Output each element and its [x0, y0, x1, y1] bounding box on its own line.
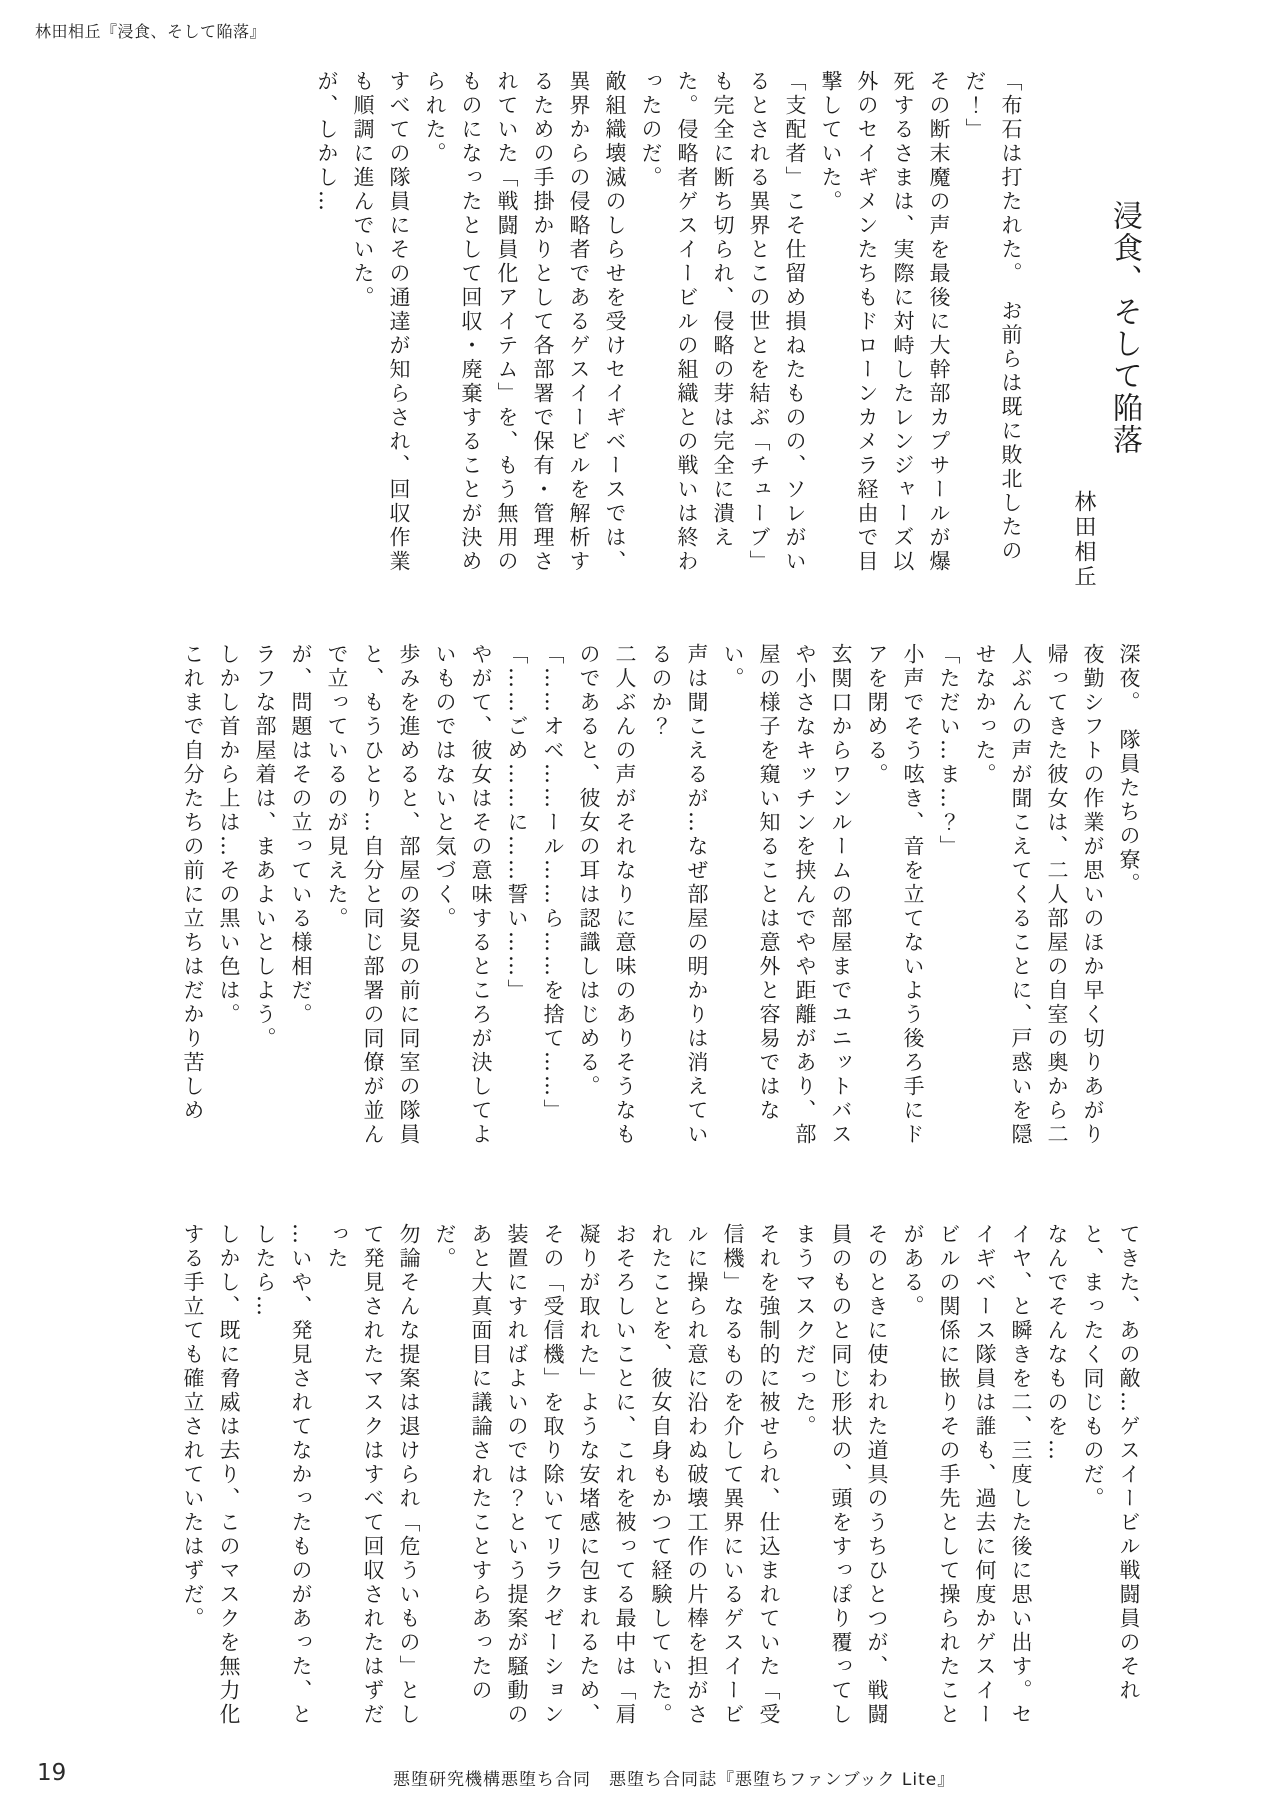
footer-credit: 悪堕研究機構悪堕ち合同 悪堕ち合同誌『悪堕ちファンブック Lite』 — [393, 1765, 955, 1790]
paragraph: 声は聞こえるが…なぜ部屋の明かりは消えているのか？ — [643, 643, 715, 1170]
paragraph: そのときに使われた道具のうちひとつが、戦闘員のものと同じ形状の、頭をすっぽり覆っ… — [787, 1223, 895, 1745]
paragraph: やがて、彼女はその意味するところが決してよいものではないと気づく。 — [427, 643, 499, 1170]
story-section-mask: てきた、あの敵…ゲスイービル戦闘員のそれと、まったく同じものだ。 なんでそんなも… — [175, 1223, 1147, 1745]
paragraph: 「ただい…ま…？」 — [931, 643, 967, 1170]
paragraph: しかし、既に脅威は去り、このマスクを無力化する手立ても確立されていたはずだ。 — [175, 1223, 247, 1745]
paragraph: それを強制的に被せられ、仕込まれていた「受信機」なるものを介して異界にいるゲスイ… — [643, 1223, 787, 1745]
paragraph: イヤ、と瞬きを二、三度した後に思い出す。セイギベース隊員は誰も、過去に何度かゲス… — [895, 1223, 1039, 1745]
paragraph: 二人ぶんの声がそれなりに意味のありそうなものであると、彼女の耳は認識しはじめる。 — [571, 643, 643, 1170]
paragraph: これまで自分たちの前に立ちはだかり苦しめ — [175, 643, 211, 1170]
paragraph: が、しかし… — [309, 70, 345, 597]
paragraph: 勿論そんな提案は退けられ「危ういもの」として発見されたマスクはすべて回収されたは… — [319, 1223, 427, 1745]
paragraph: 「支配者」こそ仕留め損ねたものの、ソレがいるとされる異界とこの世とを結ぶ「チュー… — [633, 70, 813, 597]
paragraph: おそろしいことに、これを被ってる最中は「肩凝りが取れた」ような安堵感に包まれるた… — [427, 1223, 643, 1745]
story-author: 林田相丘 — [1065, 70, 1101, 597]
paragraph: 深夜。 隊員たちの寮。 — [1111, 643, 1147, 1170]
page-number: 19 — [37, 1760, 66, 1786]
paragraph: すべての隊員にその通達が知らされ、回収作業も順調に進んでいた。 — [345, 70, 417, 597]
running-header: 林田相丘『浸食、そして陥落』 — [35, 19, 266, 42]
paragraph: …いや、発見されてなかったものがあった、としたら… — [247, 1223, 319, 1745]
story-title: 浸食、そして陥落 — [1101, 70, 1147, 597]
scanned-story-page: 林田相丘『浸食、そして陥落』 浸食、そして陥落 林田相丘 「布石は打たれた。 お… — [0, 0, 1280, 1807]
paragraph: なんでそんなものを… — [1039, 1223, 1075, 1745]
paragraph: 「布石は打たれた。 お前らは既に敗北したのだ！」 — [957, 70, 1029, 597]
story-section-opening: 浸食、そして陥落 林田相丘 「布石は打たれた。 お前らは既に敗北したのだ！」 そ… — [309, 70, 1147, 597]
paragraph: しかし首から上は…その黒い色は。 — [211, 643, 247, 1170]
paragraph: 夜勤シフトの作業が思いのほか早く切りあがり帰ってきた彼女は、二人部屋の自室の奥か… — [967, 643, 1111, 1170]
paragraph: 「……ごめ……に……誓い……」 — [499, 643, 535, 1170]
paragraph: ラフな部屋着は、まあよいとしよう。 — [247, 643, 283, 1170]
paragraph: てきた、あの敵…ゲスイービル戦闘員のそれと、まったく同じものだ。 — [1075, 1223, 1147, 1745]
paragraph: 「……オベ……ール……ら……を捨て……」 — [535, 643, 571, 1170]
paragraph: が、問題はその立っている様相だ。 — [283, 643, 319, 1170]
paragraph: その断末魔の声を最後に大幹部カプサールが爆死するさまは、実際に対峙したレンジャー… — [813, 70, 957, 597]
story-section-dorm: 深夜。 隊員たちの寮。 夜勤シフトの作業が思いのほか早く切りあがり帰ってきた彼女… — [175, 643, 1147, 1170]
paragraph: 敵組織壊滅のしらせを受けセイギベースでは、異界からの侵略者であるゲスイービルを解… — [417, 70, 633, 597]
paragraph: 歩みを進めると、部屋の姿見の前に同室の隊員と、もうひとり…自分と同じ部署の同僚が… — [319, 643, 427, 1170]
paragraph: 玄関口からワンルームの部屋までユニットバスや小さなキッチンを挟んでやや距離があり… — [715, 643, 859, 1170]
paragraph: 小声でそう呟き、音を立てないよう後ろ手にドアを閉める。 — [859, 643, 931, 1170]
